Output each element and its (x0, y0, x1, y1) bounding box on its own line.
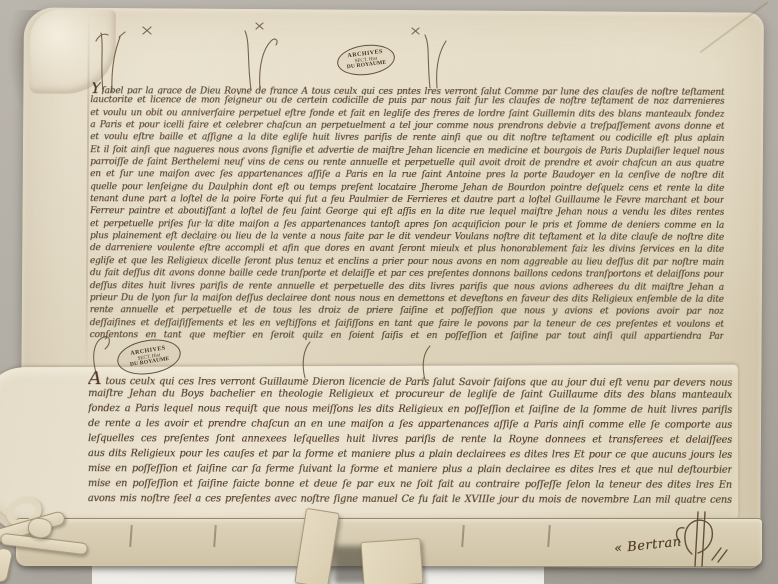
manuscript-line: conſentons en tant que meſtier en ſeroit… (90, 329, 724, 343)
manuscript-line: mise en poſſeſſion et ſaiſine faicte bon… (88, 476, 732, 493)
stamp-text: DU ROYAUME (130, 357, 170, 369)
manuscript-line: du fait deſſus dit avons donne baille ce… (90, 267, 724, 281)
seal-slit (547, 525, 551, 547)
manuscript-line: mise en poſſeſſion et ſaiſine car ſa fer… (88, 461, 732, 478)
charter-text-lower: A tous ceulx qui ces lres verront Guilla… (88, 371, 732, 508)
manuscript-line: aus dits Religieux pour les cauſes et pa… (88, 446, 732, 463)
notary-signature: « Bertran (600, 502, 776, 576)
manuscript-line: fondez a Paris lequel nous requiſt que n… (88, 401, 732, 418)
charter-text-upper: Yſabel par la grace de Dieu Royne de fra… (90, 82, 725, 343)
manuscript-line: leſquelles ces preſentes ſont annexees l… (88, 431, 732, 448)
diagonal-crease-top-right (700, 1, 768, 52)
seal-slit (213, 525, 217, 547)
seal-slit (461, 525, 465, 547)
parchment-tie-end (0, 547, 13, 584)
stamp-text: DU ROYAUME (347, 60, 387, 71)
manuscript-line: maiſtre Jehan du Boys bachelier en theol… (88, 386, 732, 403)
hanging-seal-tag-right (360, 538, 423, 584)
seal-slit (129, 525, 133, 547)
manuscript-line: A tous ceulx qui ces lres verront Guilla… (88, 371, 732, 388)
manuscript-line: rente annuelle et perpetuelle et de tous… (90, 304, 724, 318)
manuscript-line: de rente a les avoir et prendre chaſcun … (88, 416, 732, 433)
photograph-of-parchment-charter: Yſabel par la grace de Dieu Royne de fra… (0, 0, 778, 584)
signature-paraph-icon (662, 502, 732, 572)
